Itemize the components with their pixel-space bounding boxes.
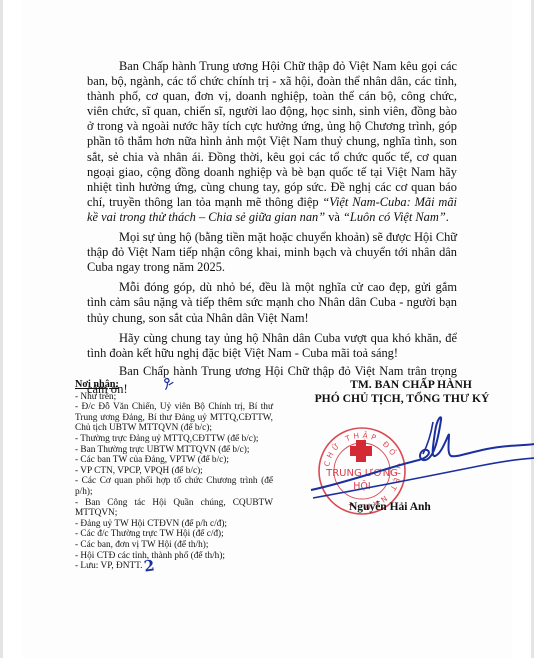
- recipient-item: - Ban Thường trực UBTW MTTQVN (để b/c);: [75, 445, 273, 456]
- paragraph-appeal: Ban Chấp hành Trung ương Hội Chữ thập đỏ…: [87, 59, 457, 225]
- recipient-text: - Thường trực Đảng uỷ MTTQ,CĐTTW (để b/c…: [75, 434, 259, 444]
- recipient-item: - Lưu: VP, ĐNTT.2: [75, 561, 273, 572]
- signer-name: Nguyễn Hải Anh: [349, 501, 469, 513]
- appeal-end: .: [446, 210, 449, 224]
- recipient-item: - Các đ/c Thường trực TW Hội (để c/đ);: [75, 529, 273, 540]
- recipient-item: - Thường trực Đảng uỷ MTTQ,CĐTTW (để b/c…: [75, 434, 273, 445]
- recipient-item: - VP CTN, VPCP, VPQH (để b/c);: [75, 466, 273, 477]
- recipient-text: - VP CTN, VPCP, VPQH (để b/c);: [75, 466, 203, 476]
- recipient-item: - Hội CTĐ các tỉnh, thành phố (để th/h);: [75, 551, 273, 562]
- paragraph-contribution: Mỗi đóng góp, dù nhỏ bé, đều là một nghĩ…: [87, 280, 457, 325]
- recipient-text: - Các Cơ quan phối hợp tổ chức Chương tr…: [75, 476, 273, 497]
- recipient-item: - Các ban, đơn vị TW Hội (để th/h);: [75, 540, 273, 551]
- signature-title-line2: PHÓ CHỦ TỊCH, TỔNG THƯ KÝ: [281, 392, 523, 406]
- recipient-item: - Đảng uỷ TW Hội CTĐVN (để p/h c/đ);: [75, 519, 273, 530]
- slogan-quote-2: “Luôn có Việt Nam”: [343, 210, 446, 224]
- handwritten-signature: [309, 412, 534, 502]
- recipient-text: - Ban Công tác Hội Quần chúng, CQUBTW MT…: [75, 498, 273, 519]
- recipient-text: - Các đ/c Thường trực TW Hội (để c/đ);: [75, 529, 224, 539]
- recipient-text: - Các ban, đơn vị TW Hội (để th/h);: [75, 540, 208, 550]
- signature-title-line1: TM. BAN CHẤP HÀNH: [299, 378, 523, 392]
- recipient-item: - Như trên;: [75, 392, 273, 403]
- signature-block: TM. BAN CHẤP HÀNH PHÓ CHỦ TỊCH, TỔNG THƯ…: [293, 378, 523, 405]
- recipient-text: - Đảng uỷ TW Hội CTĐVN (để p/h c/đ);: [75, 519, 227, 529]
- recipients-title: Nơi nhận:: [75, 380, 273, 391]
- recipient-text: - Các ban TW của Đảng, VPTW (để b/c);: [75, 455, 229, 465]
- paragraph-call-to-action: Hãy cùng chung tay ủng hộ Nhân dân Cuba …: [87, 331, 457, 361]
- recipient-items: - Như trên;- Đ/c Đỗ Văn Chiến, Uỷ viên B…: [75, 392, 273, 572]
- paragraph-donation-info: Mọi sự ủng hộ (bằng tiền mặt hoặc chuyển…: [87, 230, 457, 275]
- document-page: Ban Chấp hành Trung ương Hội Chữ thập đỏ…: [3, 0, 531, 658]
- appeal-text: Ban Chấp hành Trung ương Hội Chữ thập đỏ…: [87, 59, 457, 209]
- recipient-item: - Các Cơ quan phối hợp tổ chức Chương tr…: [75, 476, 273, 497]
- recipient-text: - Ban Thường trực UBTW MTTQVN (để b/c);: [75, 445, 249, 455]
- quote-connector: và: [325, 210, 343, 224]
- recipients-list: Nơi nhận: - Như trên;- Đ/c Đỗ Văn Chiến,…: [75, 380, 273, 572]
- recipient-item: - Ban Công tác Hội Quần chúng, CQUBTW MT…: [75, 498, 273, 519]
- recipient-item: - Các ban TW của Đảng, VPTW (để b/c);: [75, 455, 273, 466]
- letter-body: Ban Chấp hành Trung ương Hội Chữ thập đỏ…: [87, 59, 457, 402]
- handwritten-initials-mark: 2: [144, 560, 156, 572]
- recipient-text: - Như trên;: [75, 392, 116, 402]
- recipient-text: - Đ/c Đỗ Văn Chiến, Uỷ viên Bộ Chính trị…: [75, 402, 273, 433]
- recipient-item: - Đ/c Đỗ Văn Chiến, Uỷ viên Bộ Chính trị…: [75, 402, 273, 434]
- recipient-text: - Lưu: VP, ĐNTT.: [75, 561, 142, 571]
